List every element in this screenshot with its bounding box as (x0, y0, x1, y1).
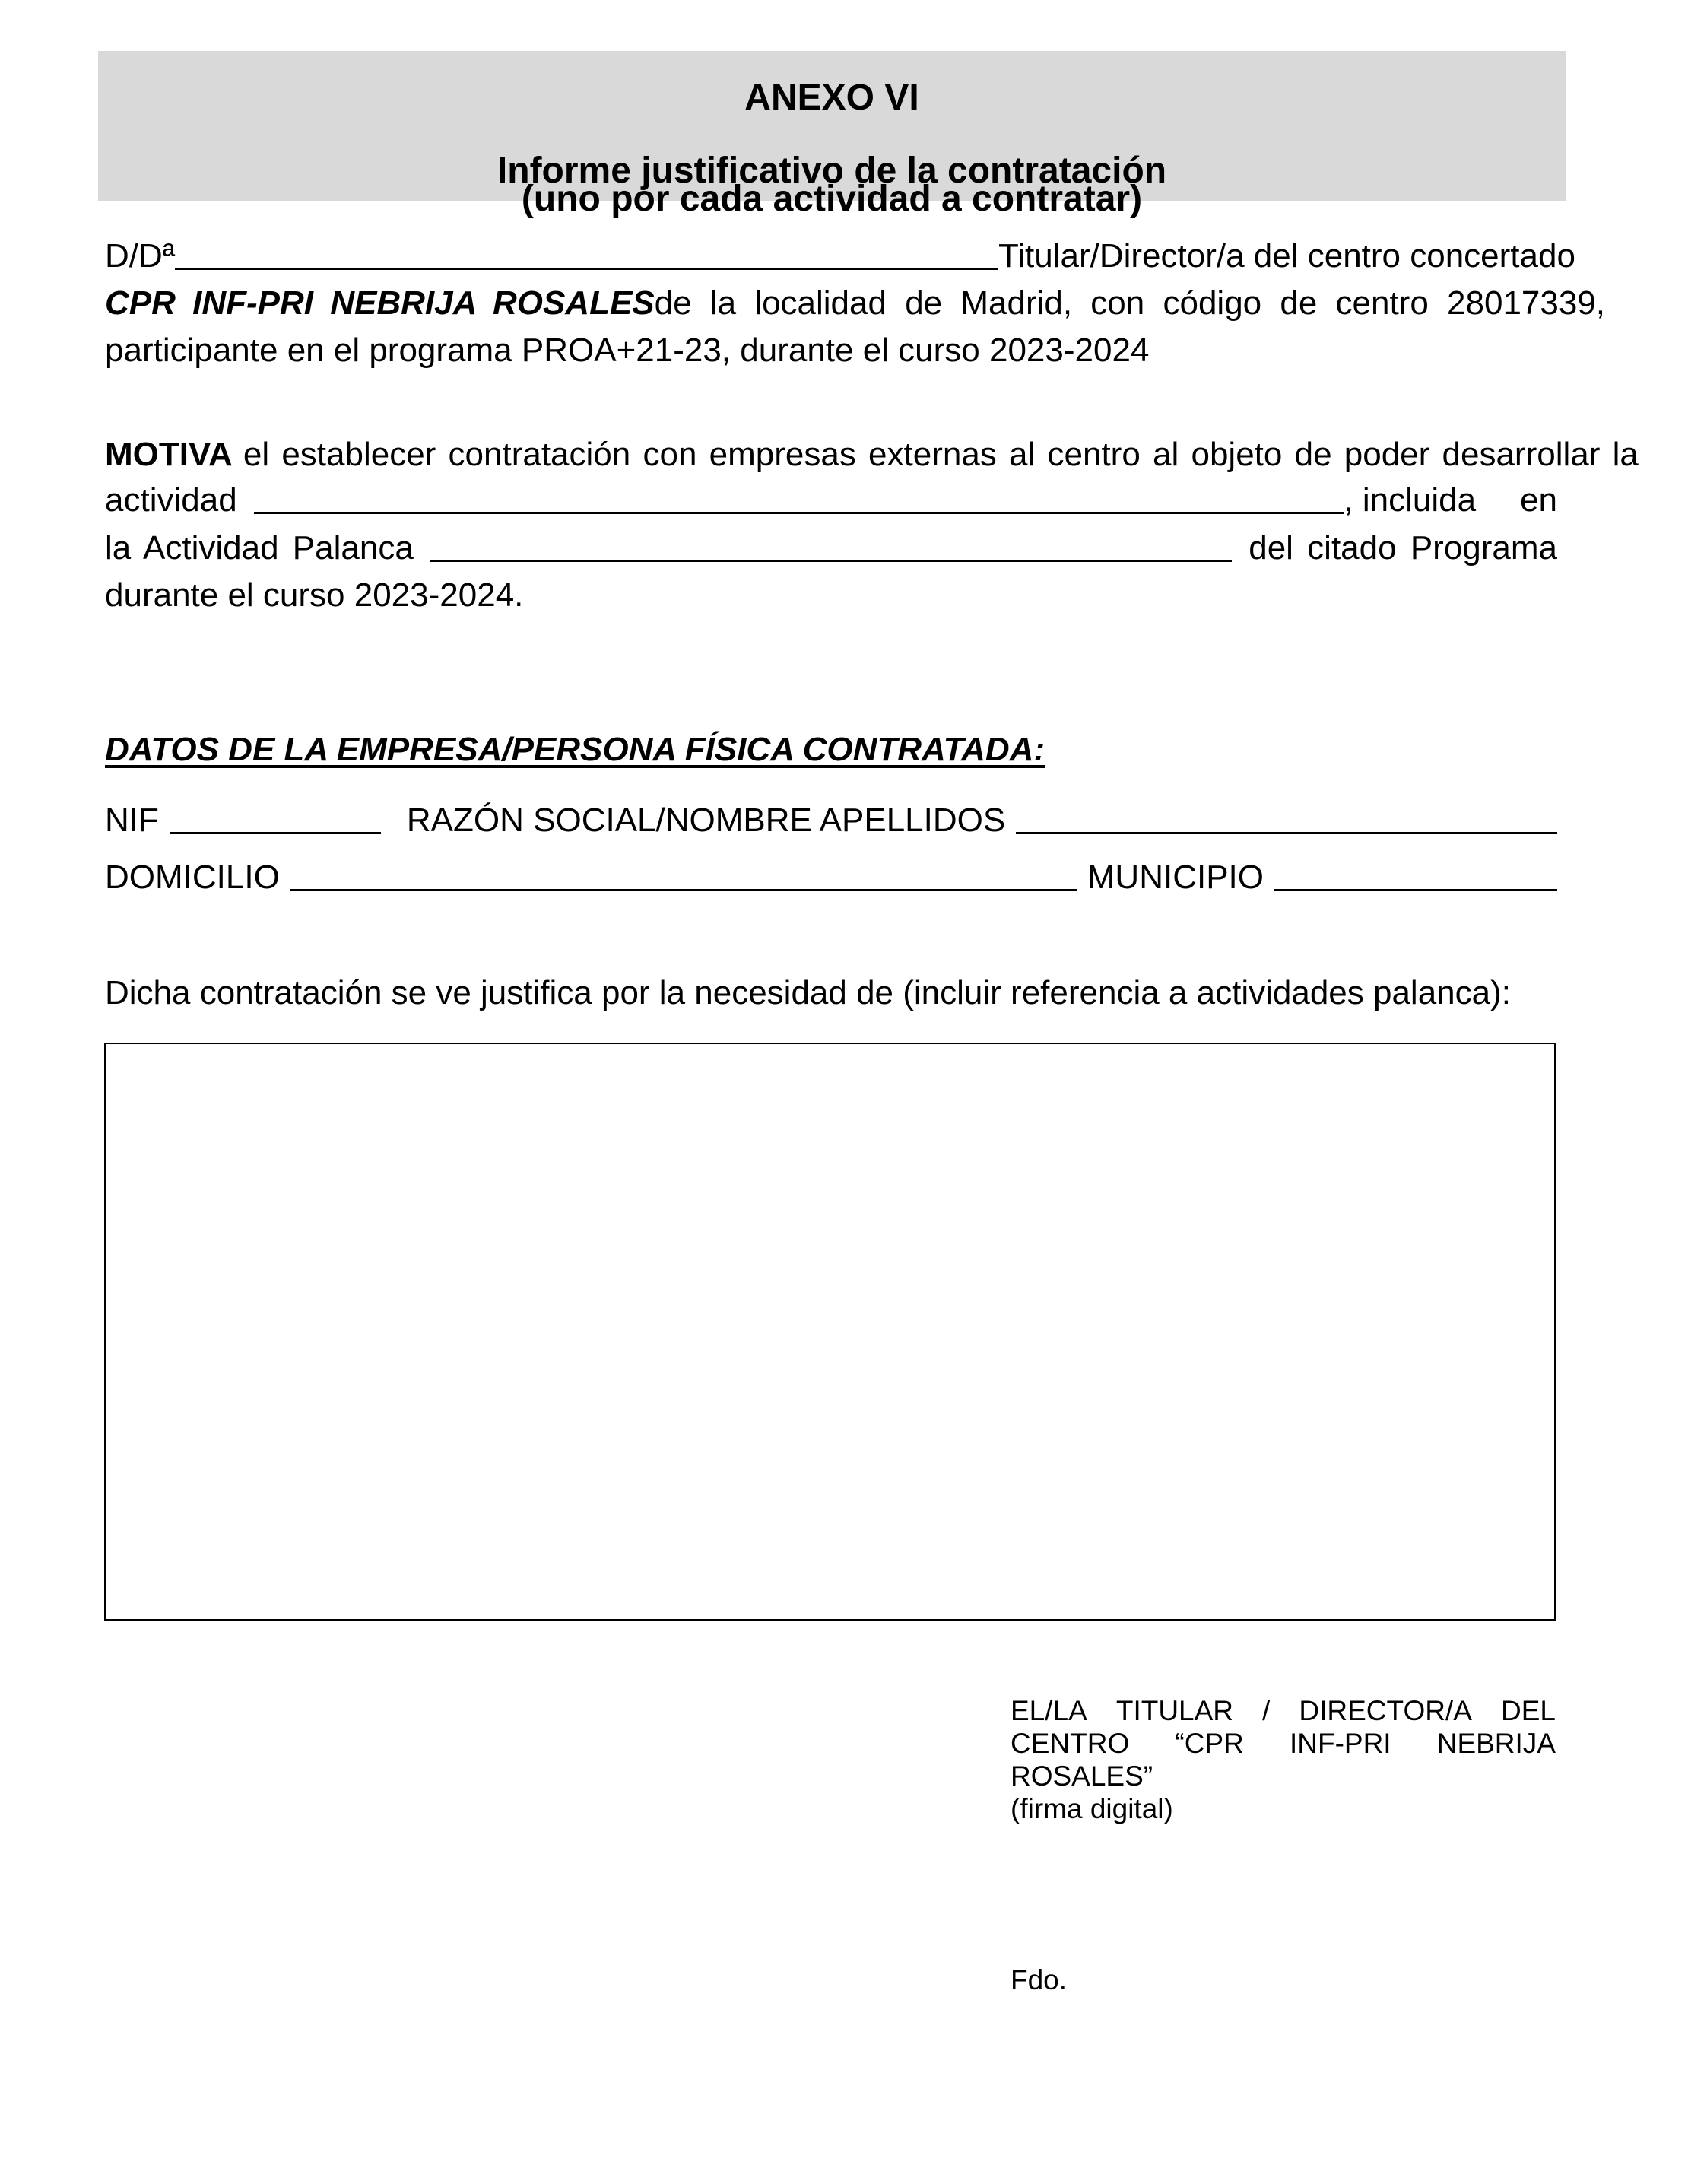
nif-label: NIF (105, 802, 159, 840)
domicilio-field[interactable] (290, 888, 1077, 891)
domicilio-label: DOMICILIO (105, 859, 280, 897)
motiva-line-1: MOTIVA el establecer contratación con em… (105, 436, 1557, 474)
role-text: Titular/Director/a del centro concertado (998, 237, 1557, 275)
header-banner: ANEXO VI Informe justificativo de la con… (98, 51, 1566, 201)
annex-title: ANEXO VI (98, 80, 1566, 116)
motiva-line-1-rest: el establecer contratación con empresas … (233, 436, 1639, 474)
signature-line-2: CENTRO “CPR INF-PRI NEBRIJA (1011, 1727, 1556, 1760)
company-row-2: DOMICILIO MUNICIPIO (105, 859, 1557, 897)
signature-block: EL/LA TITULAR / DIRECTOR/A DEL CENTRO “C… (1011, 1694, 1556, 1825)
signature-digital-note: (firma digital) (1011, 1792, 1556, 1825)
signature-line-3: ROSALES” (1011, 1760, 1556, 1792)
document-subtitle: (uno por cada actividad a contratar) (98, 181, 1566, 217)
motiva-line-4: durante el curso 2023-2024. (105, 576, 1557, 614)
motiva-line-2: actividad , incluida en (105, 481, 1557, 519)
intro-line-2: CPR INF-PRI NEBRIJA ROSALES de la locali… (105, 284, 1557, 322)
activity-field[interactable] (254, 511, 1344, 514)
nif-field[interactable] (170, 831, 381, 834)
company-section-heading: DATOS DE LA EMPRESA/PERSONA FÍSICA CONTR… (105, 731, 1045, 769)
lever-activity-field[interactable] (430, 559, 1232, 562)
justification-label: Dicha contratación se ve justifica por l… (105, 974, 1511, 1012)
motiva-keyword: MOTIVA (105, 436, 233, 474)
center-name: CPR INF-PRI NEBRIJA ROSALES (105, 284, 655, 322)
municipio-label: MUNICIPIO (1087, 859, 1264, 897)
intro-prefix: D/Dª (105, 237, 175, 275)
intro-line-3: participante en el programa PROA+21-23, … (105, 332, 1557, 370)
intro-line-2-rest: de la localidad de Madrid, con código de… (655, 284, 1605, 322)
motiva-line-3: la Actividad Palanca del citado Programa (105, 529, 1557, 567)
intro-line-1: D/Dª Titular/Director/a del centro conce… (105, 237, 1557, 275)
signed-by-label: Fdo. (1011, 1963, 1556, 1996)
director-name-field[interactable] (175, 267, 998, 270)
company-row-1: NIF RAZÓN SOCIAL/NOMBRE APELLIDOS (105, 802, 1557, 840)
signature-line-1: EL/LA TITULAR / DIRECTOR/A DEL (1011, 1694, 1556, 1727)
justification-textbox[interactable] (104, 1043, 1556, 1621)
municipio-field[interactable] (1274, 888, 1557, 891)
razon-social-label: RAZÓN SOCIAL/NOMBRE APELLIDOS (407, 802, 1005, 840)
justification-label-line: Dicha contratación se ve justifica por l… (105, 974, 1557, 1012)
razon-social-field[interactable] (1016, 831, 1557, 834)
